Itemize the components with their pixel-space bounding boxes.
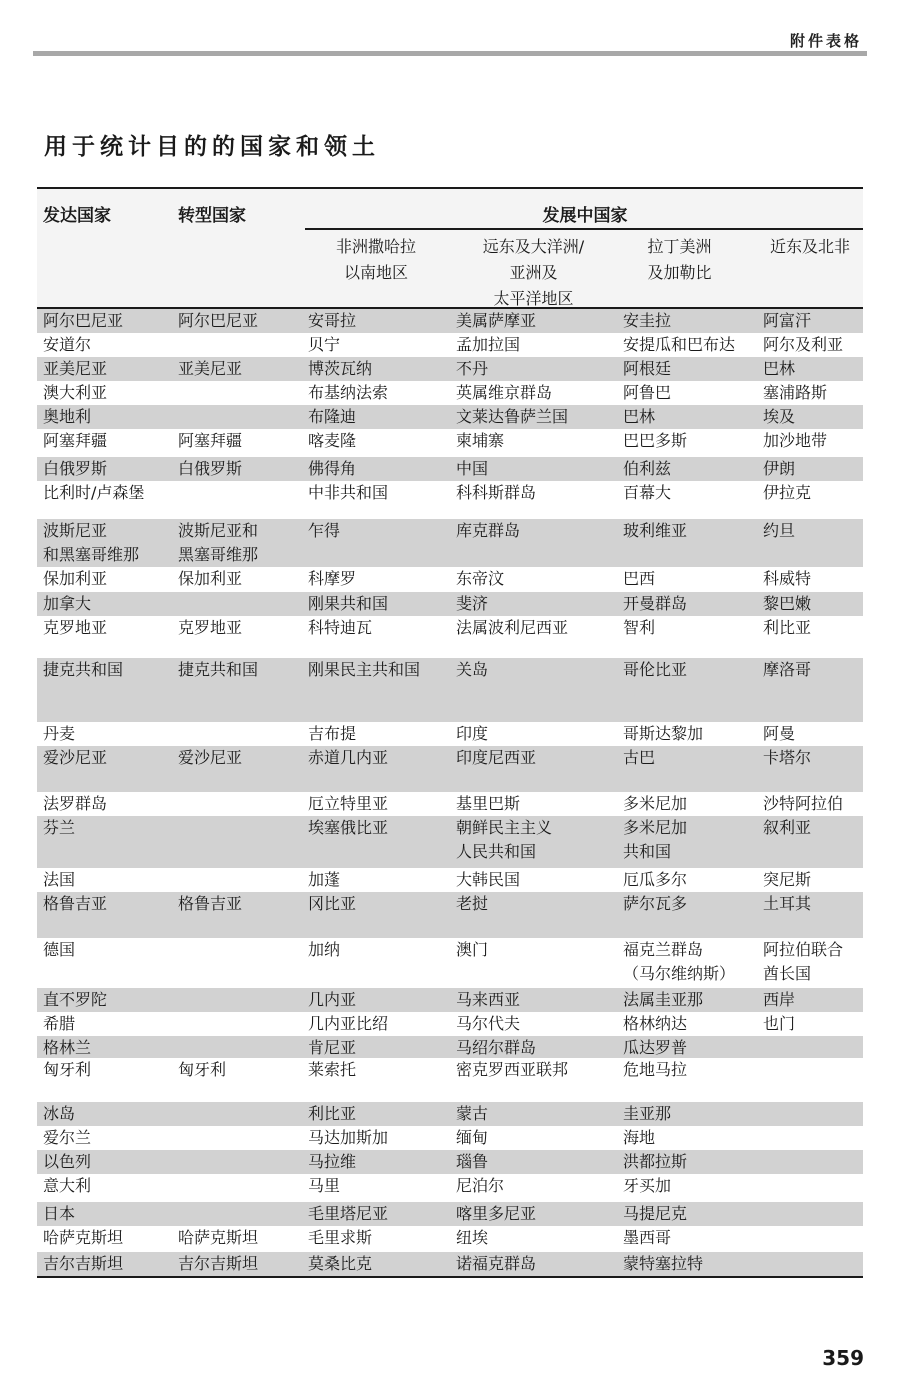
cell-sub-saharan: 贝宁 <box>302 333 450 357</box>
cell-developed: 加拿大 <box>37 592 172 616</box>
cell-asia-pacific: 马来西亚 <box>450 988 617 1012</box>
table-row: 白俄罗斯白俄罗斯佛得角中国伯利兹伊朗 <box>37 457 863 481</box>
cell-near-east: 阿拉伯联合 酋长国 <box>757 938 863 988</box>
cell-transition: 保加利亚 <box>172 567 302 592</box>
table-row: 意大利马里尼泊尔牙买加 <box>37 1174 863 1202</box>
cell-latin-america: 巴巴多斯 <box>617 429 757 457</box>
cell-asia-pacific: 美属萨摩亚 <box>450 309 617 333</box>
cell-near-east: 阿尔及利亚 <box>757 333 863 357</box>
cell-developed: 丹麦 <box>37 722 172 746</box>
cell-latin-america: 阿鲁巴 <box>617 381 757 405</box>
cell-developed: 澳大利亚 <box>37 381 172 405</box>
cell-asia-pacific: 印度尼西亚 <box>450 746 617 792</box>
cell-near-east: 约旦 <box>757 519 863 567</box>
table-row: 希腊几内亚比绍马尔代夫格林纳达也门 <box>37 1012 863 1036</box>
cell-latin-america: 伯利兹 <box>617 457 757 481</box>
cell-developed: 捷克共和国 <box>37 658 172 722</box>
cell-developed: 吉尔吉斯坦 <box>37 1252 172 1276</box>
cell-near-east <box>757 1126 863 1150</box>
cell-latin-america: 蒙特塞拉特 <box>617 1252 757 1276</box>
table-row: 冰岛利比亚蒙古圭亚那 <box>37 1102 863 1126</box>
table-row: 克罗地亚克罗地亚科特迪瓦法属波利尼西亚智利利比亚 <box>37 616 863 658</box>
cell-near-east <box>757 1102 863 1126</box>
cell-asia-pacific: 纽埃 <box>450 1226 617 1252</box>
table-row: 格林兰肯尼亚马绍尔群岛瓜达罗普 <box>37 1036 863 1058</box>
cell-asia-pacific: 蒙古 <box>450 1102 617 1126</box>
cell-asia-pacific: 马尔代夫 <box>450 1012 617 1036</box>
table-row: 捷克共和国捷克共和国刚果民主共和国关岛哥伦比亚摩洛哥 <box>37 658 863 722</box>
cell-developed: 亚美尼亚 <box>37 357 172 381</box>
cell-developed: 奥地利 <box>37 405 172 429</box>
cell-near-east: 沙特阿拉伯 <box>757 792 863 816</box>
table-row: 爱沙尼亚爱沙尼亚赤道几内亚印度尼西亚古巴卡塔尔 <box>37 746 863 792</box>
cell-asia-pacific: 密克罗西亚联邦 <box>450 1058 617 1102</box>
cell-latin-america: 哥斯达黎加 <box>617 722 757 746</box>
cell-transition <box>172 1202 302 1226</box>
cell-developed: 爱尔兰 <box>37 1126 172 1150</box>
cell-sub-saharan: 加纳 <box>302 938 450 988</box>
cell-asia-pacific: 库克群岛 <box>450 519 617 567</box>
cell-latin-america: 多米尼加 <box>617 792 757 816</box>
cell-sub-saharan: 刚果民主共和国 <box>302 658 450 722</box>
header-asia-pacific: 远东及大洋洲/ 亚洲及 太平洋地区 <box>450 234 617 312</box>
cell-latin-america: 安圭拉 <box>617 309 757 333</box>
header-sub-saharan-africa: 非洲撒哈拉 以南地区 <box>302 234 450 286</box>
cell-latin-america: 墨西哥 <box>617 1226 757 1252</box>
header-sub-rule <box>305 228 863 230</box>
cell-latin-america: 玻利维亚 <box>617 519 757 567</box>
cell-sub-saharan: 博茨瓦纳 <box>302 357 450 381</box>
cell-transition: 阿塞拜疆 <box>172 429 302 457</box>
cell-near-east: 卡塔尔 <box>757 746 863 792</box>
cell-transition: 白俄罗斯 <box>172 457 302 481</box>
cell-latin-america: 萨尔瓦多 <box>617 892 757 938</box>
table-row: 直不罗陀几内亚马来西亚法属圭亚那西岸 <box>37 988 863 1012</box>
cell-sub-saharan: 科特迪瓦 <box>302 616 450 658</box>
cell-asia-pacific: 诺福克群岛 <box>450 1252 617 1276</box>
cell-sub-saharan: 几内亚 <box>302 988 450 1012</box>
cell-transition <box>172 938 302 988</box>
cell-developed: 法国 <box>37 868 172 892</box>
cell-developed: 希腊 <box>37 1012 172 1036</box>
cell-transition <box>172 1012 302 1036</box>
countries-table: 发达国家 转型国家 发展中国家 非洲撒哈拉 以南地区 远东及大洋洲/ 亚洲及 太… <box>37 187 863 1278</box>
table-row: 吉尔吉斯坦吉尔吉斯坦莫桑比克诺福克群岛蒙特塞拉特 <box>37 1252 863 1276</box>
cell-transition: 格鲁吉亚 <box>172 892 302 938</box>
header-developing: 发展中国家 <box>307 201 863 226</box>
cell-asia-pacific: 柬埔寨 <box>450 429 617 457</box>
cell-sub-saharan: 莫桑比克 <box>302 1252 450 1276</box>
cell-asia-pacific: 朝鲜民主主义 人民共和国 <box>450 816 617 868</box>
cell-developed: 格林兰 <box>37 1036 172 1058</box>
cell-near-east: 西岸 <box>757 988 863 1012</box>
cell-asia-pacific: 文莱达鲁萨兰国 <box>450 405 617 429</box>
cell-sub-saharan: 乍得 <box>302 519 450 567</box>
cell-near-east: 科威特 <box>757 567 863 592</box>
cell-asia-pacific: 基里巴斯 <box>450 792 617 816</box>
cell-latin-america: 危地马拉 <box>617 1058 757 1102</box>
cell-near-east <box>757 1058 863 1102</box>
header-near-east: 近东及北非 <box>755 234 865 260</box>
table-row: 比利时/卢森堡中非共和国科科斯群岛百幕大伊拉克 <box>37 481 863 519</box>
cell-near-east: 叙利亚 <box>757 816 863 868</box>
cell-sub-saharan: 毛里求斯 <box>302 1226 450 1252</box>
table-header: 发达国家 转型国家 发展中国家 非洲撒哈拉 以南地区 远东及大洋洲/ 亚洲及 太… <box>37 189 863 307</box>
cell-sub-saharan: 中非共和国 <box>302 481 450 519</box>
cell-transition <box>172 988 302 1012</box>
cell-near-east <box>757 1252 863 1276</box>
table-row: 哈萨克斯坦哈萨克斯坦毛里求斯纽埃墨西哥 <box>37 1226 863 1252</box>
cell-transition <box>172 1126 302 1150</box>
cell-transition <box>172 481 302 519</box>
cell-latin-america: 哥伦比亚 <box>617 658 757 722</box>
cell-sub-saharan: 埃塞俄比亚 <box>302 816 450 868</box>
cell-developed: 意大利 <box>37 1174 172 1202</box>
table-row: 澳大利亚布基纳法索英属维京群岛阿鲁巴塞浦路斯 <box>37 381 863 405</box>
table-row: 爱尔兰马达加斯加缅甸海地 <box>37 1126 863 1150</box>
cell-latin-america: 圭亚那 <box>617 1102 757 1126</box>
cell-sub-saharan: 冈比亚 <box>302 892 450 938</box>
cell-transition <box>172 792 302 816</box>
cell-near-east: 突尼斯 <box>757 868 863 892</box>
cell-sub-saharan: 佛得角 <box>302 457 450 481</box>
cell-sub-saharan: 毛里塔尼亚 <box>302 1202 450 1226</box>
cell-transition <box>172 592 302 616</box>
header-rule <box>33 51 867 56</box>
cell-transition: 亚美尼亚 <box>172 357 302 381</box>
cell-developed: 匈牙利 <box>37 1058 172 1102</box>
cell-developed: 爱沙尼亚 <box>37 746 172 792</box>
cell-near-east: 摩洛哥 <box>757 658 863 722</box>
cell-asia-pacific: 印度 <box>450 722 617 746</box>
cell-developed: 保加利亚 <box>37 567 172 592</box>
cell-asia-pacific: 瑙鲁 <box>450 1150 617 1174</box>
cell-latin-america: 多米尼加 共和国 <box>617 816 757 868</box>
cell-sub-saharan: 利比亚 <box>302 1102 450 1126</box>
cell-near-east: 埃及 <box>757 405 863 429</box>
cell-near-east: 黎巴嫩 <box>757 592 863 616</box>
header-latin-america: 拉丁美洲 及加勒比 <box>617 234 742 286</box>
cell-developed: 芬兰 <box>37 816 172 868</box>
cell-sub-saharan: 布隆迪 <box>302 405 450 429</box>
cell-developed: 法罗群岛 <box>37 792 172 816</box>
cell-transition: 克罗地亚 <box>172 616 302 658</box>
header-developed: 发达国家 <box>43 201 111 226</box>
cell-latin-america: 牙买加 <box>617 1174 757 1202</box>
cell-near-east <box>757 1174 863 1202</box>
cell-sub-saharan: 几内亚比绍 <box>302 1012 450 1036</box>
cell-transition: 捷克共和国 <box>172 658 302 722</box>
table-row: 阿塞拜疆阿塞拜疆喀麦隆柬埔寨巴巴多斯加沙地带 <box>37 429 863 457</box>
cell-developed: 波斯尼亚 和黑塞哥维那 <box>37 519 172 567</box>
table-body: 阿尔巴尼亚阿尔巴尼亚安哥拉美属萨摩亚安圭拉阿富汗安道尔贝宁孟加拉国安提瓜和巴布达… <box>37 309 863 1276</box>
cell-latin-america: 海地 <box>617 1126 757 1150</box>
table-row: 芬兰埃塞俄比亚朝鲜民主主义 人民共和国多米尼加 共和国叙利亚 <box>37 816 863 868</box>
cell-transition <box>172 1174 302 1202</box>
table-row: 保加利亚保加利亚科摩罗东帝汶巴西科威特 <box>37 567 863 592</box>
cell-developed: 比利时/卢森堡 <box>37 481 172 519</box>
cell-latin-america: 马提尼克 <box>617 1202 757 1226</box>
cell-asia-pacific: 马绍尔群岛 <box>450 1036 617 1058</box>
cell-transition: 波斯尼亚和 黑塞哥维那 <box>172 519 302 567</box>
table-row: 奥地利布隆迪文莱达鲁萨兰国巴林埃及 <box>37 405 863 429</box>
cell-latin-america: 福克兰群岛 （马尔维纳斯） <box>617 938 757 988</box>
cell-latin-america: 阿根廷 <box>617 357 757 381</box>
table-row: 法罗群岛厄立特里亚基里巴斯多米尼加沙特阿拉伯 <box>37 792 863 816</box>
cell-near-east: 阿富汗 <box>757 309 863 333</box>
table-row: 丹麦吉布提印度哥斯达黎加阿曼 <box>37 722 863 746</box>
cell-asia-pacific: 老挝 <box>450 892 617 938</box>
cell-transition: 爱沙尼亚 <box>172 746 302 792</box>
cell-near-east: 塞浦路斯 <box>757 381 863 405</box>
table-bottom-rule <box>37 1276 863 1278</box>
cell-sub-saharan: 莱索托 <box>302 1058 450 1102</box>
cell-asia-pacific: 斐济 <box>450 592 617 616</box>
cell-near-east: 也门 <box>757 1012 863 1036</box>
cell-latin-america: 智利 <box>617 616 757 658</box>
cell-asia-pacific: 英属维京群岛 <box>450 381 617 405</box>
table-row: 法国加蓬大韩民国厄瓜多尔突尼斯 <box>37 868 863 892</box>
cell-transition: 哈萨克斯坦 <box>172 1226 302 1252</box>
cell-transition <box>172 868 302 892</box>
cell-transition: 匈牙利 <box>172 1058 302 1102</box>
table-row: 阿尔巴尼亚阿尔巴尼亚安哥拉美属萨摩亚安圭拉阿富汗 <box>37 309 863 333</box>
cell-transition <box>172 1102 302 1126</box>
table-row: 日本毛里塔尼亚喀里多尼亚马提尼克 <box>37 1202 863 1226</box>
cell-near-east: 阿曼 <box>757 722 863 746</box>
cell-near-east <box>757 1150 863 1174</box>
cell-asia-pacific: 澳门 <box>450 938 617 988</box>
cell-sub-saharan: 布基纳法索 <box>302 381 450 405</box>
cell-latin-america: 百幕大 <box>617 481 757 519</box>
cell-asia-pacific: 科科斯群岛 <box>450 481 617 519</box>
cell-near-east: 伊拉克 <box>757 481 863 519</box>
cell-near-east: 加沙地带 <box>757 429 863 457</box>
cell-developed: 哈萨克斯坦 <box>37 1226 172 1252</box>
cell-latin-america: 开曼群岛 <box>617 592 757 616</box>
cell-transition <box>172 1036 302 1058</box>
cell-developed: 克罗地亚 <box>37 616 172 658</box>
cell-transition <box>172 1150 302 1174</box>
cell-sub-saharan: 赤道几内亚 <box>302 746 450 792</box>
cell-latin-america: 瓜达罗普 <box>617 1036 757 1058</box>
cell-near-east: 利比亚 <box>757 616 863 658</box>
cell-latin-america: 巴林 <box>617 405 757 429</box>
cell-developed: 安道尔 <box>37 333 172 357</box>
cell-latin-america: 巴西 <box>617 567 757 592</box>
cell-asia-pacific: 东帝汶 <box>450 567 617 592</box>
cell-transition: 阿尔巴尼亚 <box>172 309 302 333</box>
cell-transition: 吉尔吉斯坦 <box>172 1252 302 1276</box>
cell-sub-saharan: 肯尼亚 <box>302 1036 450 1058</box>
cell-developed: 冰岛 <box>37 1102 172 1126</box>
cell-asia-pacific: 孟加拉国 <box>450 333 617 357</box>
cell-developed: 格鲁吉亚 <box>37 892 172 938</box>
cell-near-east <box>757 1226 863 1252</box>
cell-asia-pacific: 关岛 <box>450 658 617 722</box>
cell-asia-pacific: 喀里多尼亚 <box>450 1202 617 1226</box>
cell-transition <box>172 816 302 868</box>
cell-asia-pacific: 中国 <box>450 457 617 481</box>
table-row: 德国加纳澳门福克兰群岛 （马尔维纳斯）阿拉伯联合 酋长国 <box>37 938 863 988</box>
cell-latin-america: 安提瓜和巴布达 <box>617 333 757 357</box>
cell-sub-saharan: 加蓬 <box>302 868 450 892</box>
cell-asia-pacific: 大韩民国 <box>450 868 617 892</box>
cell-asia-pacific: 不丹 <box>450 357 617 381</box>
table-row: 加拿大刚果共和国斐济开曼群岛黎巴嫩 <box>37 592 863 616</box>
cell-sub-saharan: 马达加斯加 <box>302 1126 450 1150</box>
cell-transition <box>172 381 302 405</box>
cell-near-east: 伊朗 <box>757 457 863 481</box>
cell-asia-pacific: 尼泊尔 <box>450 1174 617 1202</box>
running-head: 附件表格 <box>790 30 862 51</box>
cell-latin-america: 法属圭亚那 <box>617 988 757 1012</box>
cell-near-east <box>757 1036 863 1058</box>
table-row: 以色列马拉维瑙鲁洪都拉斯 <box>37 1150 863 1174</box>
cell-transition <box>172 722 302 746</box>
page-number: 359 <box>822 1346 864 1370</box>
cell-sub-saharan: 刚果共和国 <box>302 592 450 616</box>
cell-sub-saharan: 厄立特里亚 <box>302 792 450 816</box>
cell-transition <box>172 333 302 357</box>
cell-sub-saharan: 吉布提 <box>302 722 450 746</box>
cell-near-east: 巴林 <box>757 357 863 381</box>
cell-developed: 直不罗陀 <box>37 988 172 1012</box>
cell-developed: 阿尔巴尼亚 <box>37 309 172 333</box>
cell-sub-saharan: 喀麦隆 <box>302 429 450 457</box>
cell-asia-pacific: 法属波利尼西亚 <box>450 616 617 658</box>
cell-sub-saharan: 马里 <box>302 1174 450 1202</box>
table-row: 格鲁吉亚格鲁吉亚冈比亚老挝萨尔瓦多土耳其 <box>37 892 863 938</box>
cell-developed: 以色列 <box>37 1150 172 1174</box>
cell-developed: 日本 <box>37 1202 172 1226</box>
table-row: 亚美尼亚亚美尼亚博茨瓦纳不丹阿根廷巴林 <box>37 357 863 381</box>
table-row: 波斯尼亚 和黑塞哥维那波斯尼亚和 黑塞哥维那乍得库克群岛玻利维亚约旦 <box>37 519 863 567</box>
cell-developed: 阿塞拜疆 <box>37 429 172 457</box>
cell-asia-pacific: 缅甸 <box>450 1126 617 1150</box>
cell-sub-saharan: 马拉维 <box>302 1150 450 1174</box>
table-row: 匈牙利匈牙利莱索托密克罗西亚联邦危地马拉 <box>37 1058 863 1102</box>
cell-near-east <box>757 1202 863 1226</box>
cell-latin-america: 洪都拉斯 <box>617 1150 757 1174</box>
table-row: 安道尔贝宁孟加拉国安提瓜和巴布达阿尔及利亚 <box>37 333 863 357</box>
cell-latin-america: 古巴 <box>617 746 757 792</box>
cell-developed: 白俄罗斯 <box>37 457 172 481</box>
cell-latin-america: 格林纳达 <box>617 1012 757 1036</box>
cell-near-east: 土耳其 <box>757 892 863 938</box>
cell-sub-saharan: 安哥拉 <box>302 309 450 333</box>
header-transition: 转型国家 <box>178 201 246 226</box>
cell-latin-america: 厄瓜多尔 <box>617 868 757 892</box>
cell-sub-saharan: 科摩罗 <box>302 567 450 592</box>
cell-developed: 德国 <box>37 938 172 988</box>
page-title: 用于统计目的的国家和领土 <box>44 128 380 161</box>
cell-transition <box>172 405 302 429</box>
